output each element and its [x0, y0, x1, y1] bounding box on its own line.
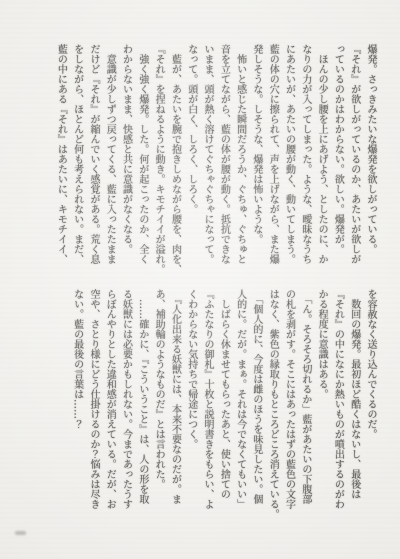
text-column: 数回の爆発。最初ほど酷くはないし、最後は	[345, 289, 361, 537]
text-column: っているのかはわからない。欲しい。爆発が。	[329, 44, 345, 290]
page-number-mark	[15, 531, 26, 535]
text-column: らぼんやりとした違和感が消えている。だが、お	[101, 289, 117, 537]
text-column: 『それ』の中になにか熱いものが噴出するのがわ	[329, 289, 345, 537]
text-column: 強く強く爆発。した。何が起こったのか、全く	[134, 44, 150, 290]
text-column: 怖いと感じた瞬間だろうか、ぐちゅ、ぐちゅと	[231, 44, 247, 290]
text-column: を容赦なく送り込んでくるのだ。	[362, 289, 378, 537]
text-column: ……確かに、『こういうこと』は、人の形を取	[134, 289, 150, 537]
text-column: 藍の中にある『それ』はあたいに、キモチイイ、	[52, 44, 68, 290]
text-column: はなく、紫色の縁取りもところどころ消えている。	[264, 289, 280, 537]
text-column: 『それ』が欲しがっているのか、あたいが欲しが	[345, 44, 361, 290]
text-column: 『人化出来る妖獣には、本来不要なのだが。ま	[166, 289, 182, 537]
text-column: 『それ』を捏ねるように動き。キモチイイが溢れ。	[150, 44, 166, 290]
text-column: をしながら、ほとんど何も考えられない。まだ、	[68, 44, 84, 290]
text-column: の札を剥がす。そこにはあったはずの藍色の文字	[280, 289, 296, 537]
text-column: 『ふたなりの御札』十枚と説明書きをもらい、よ	[199, 289, 215, 537]
text-column: 「ん。そろそろ切れるか」藍があたいの下腹部	[297, 289, 313, 537]
text-column: 発しそうな。しそうな、爆発は怖いような。	[248, 44, 264, 290]
text-block-bottom: を容赦なく送り込んでくるのだ。 数回の爆発。最初ほど酷くはないし、最後は『それ』…	[48, 289, 378, 537]
text-column: わからないまま、快感と共に意識がなくなる。	[117, 44, 133, 290]
text-column: なって。頭が白く、しろく、しろく。	[182, 44, 198, 290]
text-column: しばらく休ませてもらったあと、使い捨ての	[215, 289, 231, 537]
text-block-top: 爆発。さっきみたいな爆発を欲しがっている。『それ』が欲しがっているのか、あたいが…	[48, 44, 378, 290]
text-column: 人的に。だが。まぁ。それは今でなくてもいい」	[231, 289, 247, 537]
text-column: 空や、さとり様にどう仕掛けるのか？悩みは尽き	[85, 289, 101, 537]
text-column: いまま、頭が熱く溶けてぐちゃぐちゃになって。	[199, 44, 215, 290]
text-column: ない。藍の最後の言葉は……？	[68, 289, 84, 537]
text-column: 「個人的に、今度は雌のほうを味見したい。個	[248, 289, 264, 537]
text-column: にあたいが、あたいの腰が動く、動いてしまう。	[280, 44, 296, 290]
text-column: あ、補助輪のようなものだ』とは言われた。	[150, 289, 166, 537]
text-column: なりの力が入ってしまった。ような、曖昧なうち	[297, 44, 313, 290]
text-column: 音を立てながら、藍の体が腰が動く。抵抗できな	[215, 44, 231, 290]
text-column: ほんの少し腰を上にあげよう、としたのに、か	[313, 44, 329, 290]
text-column: だけど『それ』が縮んでいく感覚がある。荒く息	[85, 44, 101, 290]
text-column: る妖獣には必要かもしれない。今まであったうす	[117, 289, 133, 537]
text-column: 爆発。さっきみたいな爆発を欲しがっている。	[362, 44, 378, 290]
text-column: かる程度に意識はある。	[313, 289, 329, 537]
text-column: くわからない気持ちで帰途につく。	[182, 289, 198, 537]
scanned-book-page: 爆発。さっきみたいな爆発を欲しがっている。『それ』が欲しがっているのか、あたいが…	[0, 0, 400, 559]
text-column: 藍が、あたいを腕で抱きしめながら腰を、肉を、	[166, 44, 182, 290]
text-column: 意識が少しずつ戻ってくる、藍に入ったたまま	[101, 44, 117, 290]
text-column: 藍の体の穴に擦られて、声を上げながら、また爆	[264, 44, 280, 290]
